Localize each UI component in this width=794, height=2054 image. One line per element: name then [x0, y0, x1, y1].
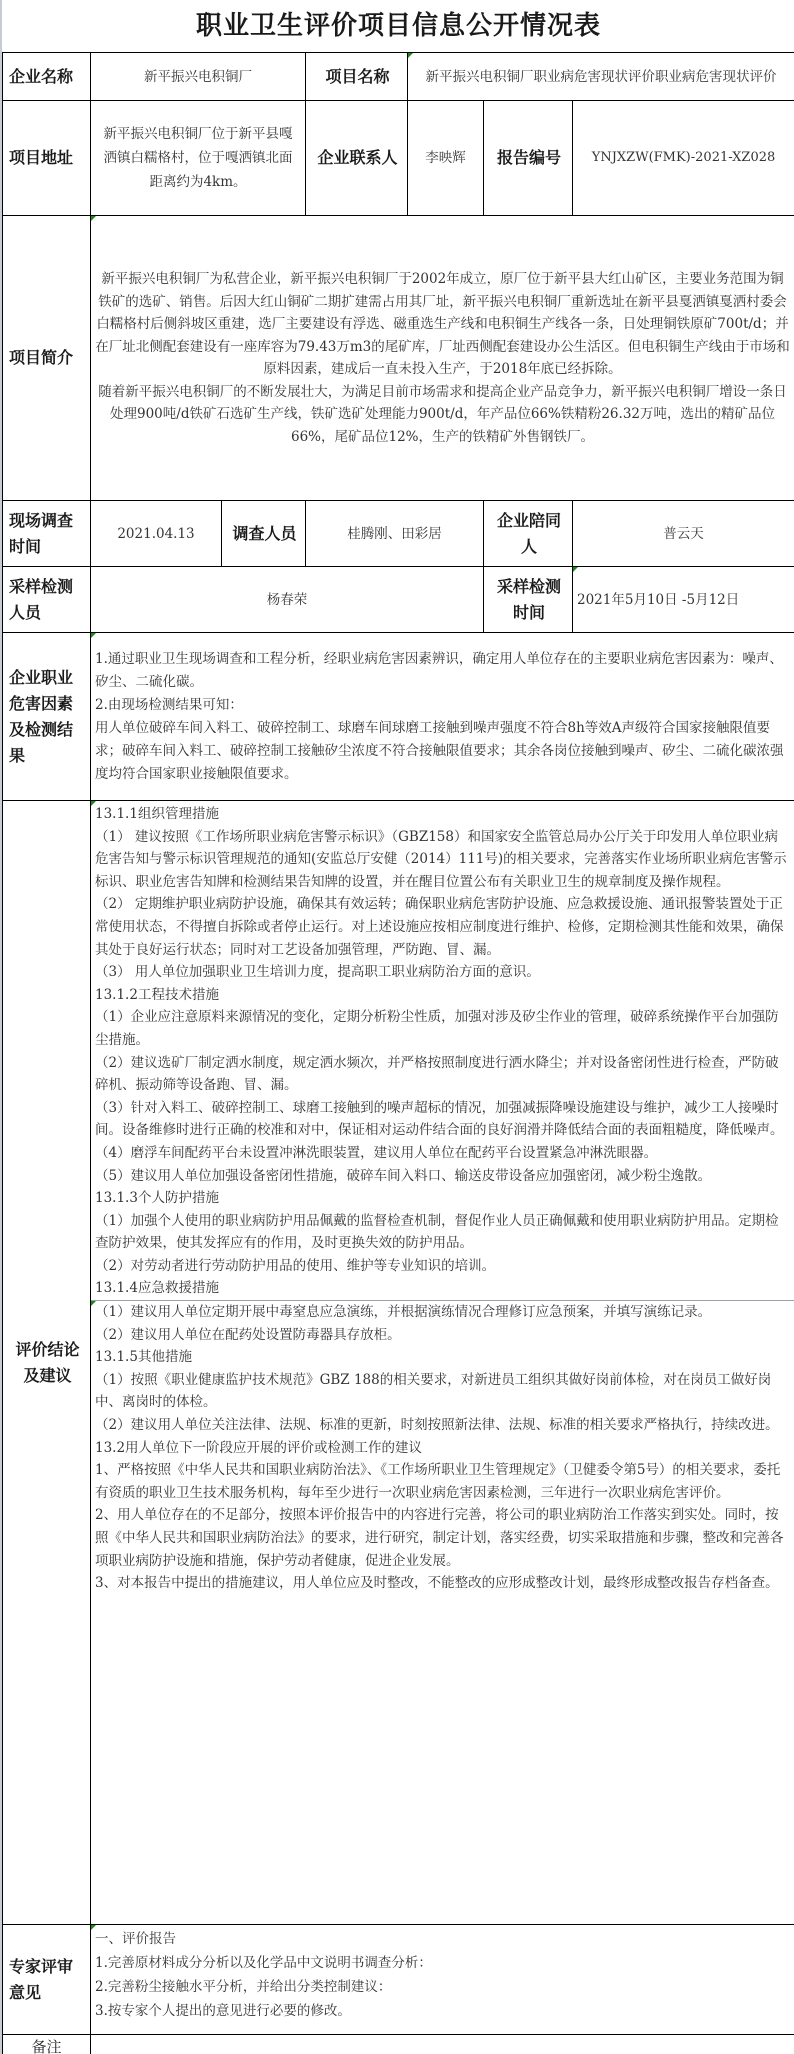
conclusion-item: （1）加强个人使用的职业病防护用品佩戴的监督检查机制，督促作业人员正确佩戴和使用…: [95, 1210, 790, 1255]
label-survey-time: 现场调查时间: [3, 501, 91, 567]
conclusion-item: 2、用人单位存在的不足部分，按照本评价报告中的内容进行完善，将公司的职业病防治工…: [95, 1504, 790, 1572]
hazard-item: 1.通过职业卫生现场调查和工程分析，经职业病危害因素辨识，确定用人单位存在的主要…: [95, 648, 790, 694]
value-company-companion[interactable]: 普云天: [573, 501, 794, 567]
row-survey: 现场调查时间 2021.04.13 调查人员 桂腾刚、田彩居 企业陪同人 普云天: [3, 501, 794, 567]
row-intro: 项目简介 新平振兴电积铜厂为私营企业，新平振兴电积铜厂于2002年成立，原厂位于…: [3, 216, 794, 501]
conclusion-heading: 13.1.4应急救援措施: [95, 1277, 790, 1300]
title-row: 职业卫生评价项目信息公开情况表: [3, 0, 794, 53]
conclusion-block-1: 13.1.1组织管理措施 （1） 建议按照《工作场所职业病危害警示标识》（GBZ…: [95, 803, 790, 1300]
value-sampling-time[interactable]: 2021年5月10日 -5月12日: [573, 567, 794, 633]
conclusion-heading: 13.1.1组织管理措施: [95, 803, 790, 826]
expert-item: 2.完善粉尘接触水平分析，并给出分类控制建议：: [95, 1975, 790, 1999]
label-sampling-time: 采样检测时间: [484, 567, 573, 633]
conclusion-item: （4）磨浮车间配药平台未设置冲淋洗眼装置，建议用人单位在配药平台设置紧急冲淋洗眼…: [95, 1142, 790, 1165]
label-company-name: 企业名称: [3, 53, 91, 101]
value-company-contact[interactable]: 李映辉: [408, 101, 484, 216]
info-disclosure-table: 职业卫生评价项目信息公开情况表 企业名称 新平振兴电积铜厂 项目名称 新平振兴电…: [2, 0, 794, 2054]
label-company-companion: 企业陪同人: [484, 501, 573, 567]
value-conclusion[interactable]: 13.1.1组织管理措施 （1） 建议按照《工作场所职业病危害警示标识》（GBZ…: [91, 801, 794, 1925]
label-report-number: 报告编号: [484, 101, 573, 216]
row-conclusion: 评价结论及建议 13.1.1组织管理措施 （1） 建议按照《工作场所职业病危害警…: [3, 801, 794, 1925]
value-company-name[interactable]: 新平振兴电积铜厂: [91, 53, 306, 101]
label-surveyors: 调查人员: [222, 501, 306, 567]
spreadsheet-sheet: 职业卫生评价项目信息公开情况表 企业名称 新平振兴电积铜厂 项目名称 新平振兴电…: [0, 0, 794, 2054]
row-company: 企业名称 新平振兴电积铜厂 项目名称 新平振兴电积铜厂职业病危害现状评价职业病危…: [3, 53, 794, 101]
row-remarks: 备注: [3, 2035, 794, 2054]
conclusion-item: （1）企业应注意原料来源情况的变化，定期分析粉尘性质，加强对涉及矽尘作业的管理，…: [95, 1006, 790, 1051]
conclusion-item: （2）建议选矿厂制定洒水制度，规定洒水频次，并严格按照制度进行洒水降尘；并对设备…: [95, 1052, 790, 1097]
value-project-address[interactable]: 新平振兴电积铜厂位于新平县嘎洒镇白糯格村，位于嘎洒镇北面距离约为4km。: [91, 101, 306, 216]
conclusion-item: 3、对本报告中提出的措施建议，用人单位应及时整改，不能整改的应形成整改计划，最终…: [95, 1572, 790, 1595]
value-survey-time[interactable]: 2021.04.13: [91, 501, 222, 567]
value-sampling-staff[interactable]: 杨春荣: [91, 567, 484, 633]
intro-paragraph: 随着新平振兴电积铜厂的不断发展壮大，为满足目前市场需求和提高企业产品竞争力，新平…: [95, 381, 790, 449]
label-project-name: 项目名称: [306, 53, 408, 101]
intro-paragraph: 新平振兴电积铜厂为私营企业，新平振兴电积铜厂于2002年成立，原厂位于新平县大红…: [95, 268, 790, 381]
row-sampling: 采样检测人员 杨春荣 采样检测时间 2021年5月10日 -5月12日: [3, 567, 794, 633]
value-project-name[interactable]: 新平振兴电积铜厂职业病危害现状评价职业病危害现状评价: [408, 53, 794, 101]
expert-item: 3.按专家个人提出的意见进行必要的修改。: [95, 1999, 790, 2023]
value-remarks[interactable]: [91, 2035, 794, 2054]
label-project-intro: 项目简介: [3, 216, 91, 501]
expert-item: 一、评价报告: [95, 1927, 790, 1951]
expert-item: 1.完善原材料成分分析以及化学品中文说明书调查分析：: [95, 1951, 790, 1975]
conclusion-block-2: （1）建议用人单位定期开展中毒窒息应急演练，并根据演练情况合理修订应急预案，并填…: [91, 1300, 794, 1595]
conclusion-heading: 13.1.3个人防护措施: [95, 1187, 790, 1210]
value-report-number[interactable]: YNJXZW(FMK)-2021-XZ028: [573, 101, 794, 216]
conclusion-item: （1）按照《职业健康监护技术规范》GBZ 188的相关要求，对新进员工组织其做好…: [95, 1369, 790, 1414]
row-hazards: 企业职业危害因素及检测结果 1.通过职业卫生现场调查和工程分析，经职业病危害因素…: [3, 633, 794, 801]
conclusion-item: （3） 用人单位加强职业卫生培训力度，提高职工职业病防治方面的意识。: [95, 961, 790, 984]
conclusion-item: （1） 建议按照《工作场所职业病危害警示标识》（GBZ158）和国家安全监管总局…: [95, 826, 790, 894]
label-sampling-staff: 采样检测人员: [3, 567, 91, 633]
page-title: 职业卫生评价项目信息公开情况表: [3, 0, 794, 53]
hazard-item: 用人单位破碎车间入料工、破碎控制工、球磨车间球磨工接触到噪声强度不符合8h等效A…: [95, 717, 790, 786]
label-expert-opinion: 专家评审意见: [3, 1925, 91, 2035]
conclusion-item: （3）针对入料工、破碎控制工、球磨工接触到的噪声超标的情况，加强减振降噪设施建设…: [95, 1097, 790, 1142]
conclusion-heading: 13.1.5其他措施: [95, 1346, 790, 1369]
row-expert: 专家评审意见 一、评价报告 1.完善原材料成分分析以及化学品中文说明书调查分析：…: [3, 1925, 794, 2035]
value-hazard-results[interactable]: 1.通过职业卫生现场调查和工程分析，经职业病危害因素辨识，确定用人单位存在的主要…: [91, 633, 794, 801]
label-project-address: 项目地址: [3, 101, 91, 216]
label-hazard-results: 企业职业危害因素及检测结果: [3, 633, 91, 801]
conclusion-heading: 13.1.2工程技术措施: [95, 984, 790, 1007]
conclusion-heading: 13.2用人单位下一阶段应开展的评价或检测工作的建议: [95, 1437, 790, 1460]
conclusion-item: （1）建议用人单位定期开展中毒窒息应急演练，并根据演练情况合理修订应急预案，并填…: [95, 1301, 790, 1324]
label-conclusion: 评价结论及建议: [3, 801, 91, 1925]
value-project-intro[interactable]: 新平振兴电积铜厂为私营企业，新平振兴电积铜厂于2002年成立，原厂位于新平县大红…: [91, 216, 794, 501]
label-remarks: 备注: [3, 2035, 91, 2054]
label-company-contact: 企业联系人: [306, 101, 408, 216]
conclusion-item: （2） 定期维护职业病防护设施，确保其有效运转；确保职业病危害防护设施、应急救援…: [95, 893, 790, 961]
conclusion-item: 1、严格按照《中华人民共和国职业病防治法》、《工作场所职业卫生管理规定》（卫健委…: [95, 1459, 790, 1504]
conclusion-item: （2）建议用人单位在配药处设置防毒器具存放柜。: [95, 1324, 790, 1347]
hazard-item: 2.由现场检测结果可知：: [95, 694, 790, 717]
value-surveyors[interactable]: 桂腾刚、田彩居: [306, 501, 484, 567]
conclusion-item: （5）建议用人单位加强设备密闭性措施，破碎车间入料口、输送皮带设备应加强密闭，减…: [95, 1165, 790, 1188]
row-address: 项目地址 新平振兴电积铜厂位于新平县嘎洒镇白糯格村，位于嘎洒镇北面距离约为4km…: [3, 101, 794, 216]
value-expert-opinion[interactable]: 一、评价报告 1.完善原材料成分分析以及化学品中文说明书调查分析： 2.完善粉尘…: [91, 1925, 794, 2035]
conclusion-item: （2）对劳动者进行劳动防护用品的使用、维护等专业知识的培训。: [95, 1255, 790, 1278]
conclusion-item: （2）建议用人单位关注法律、法规、标准的更新，时刻按照新法律、法规、标准的相关要…: [95, 1414, 790, 1437]
